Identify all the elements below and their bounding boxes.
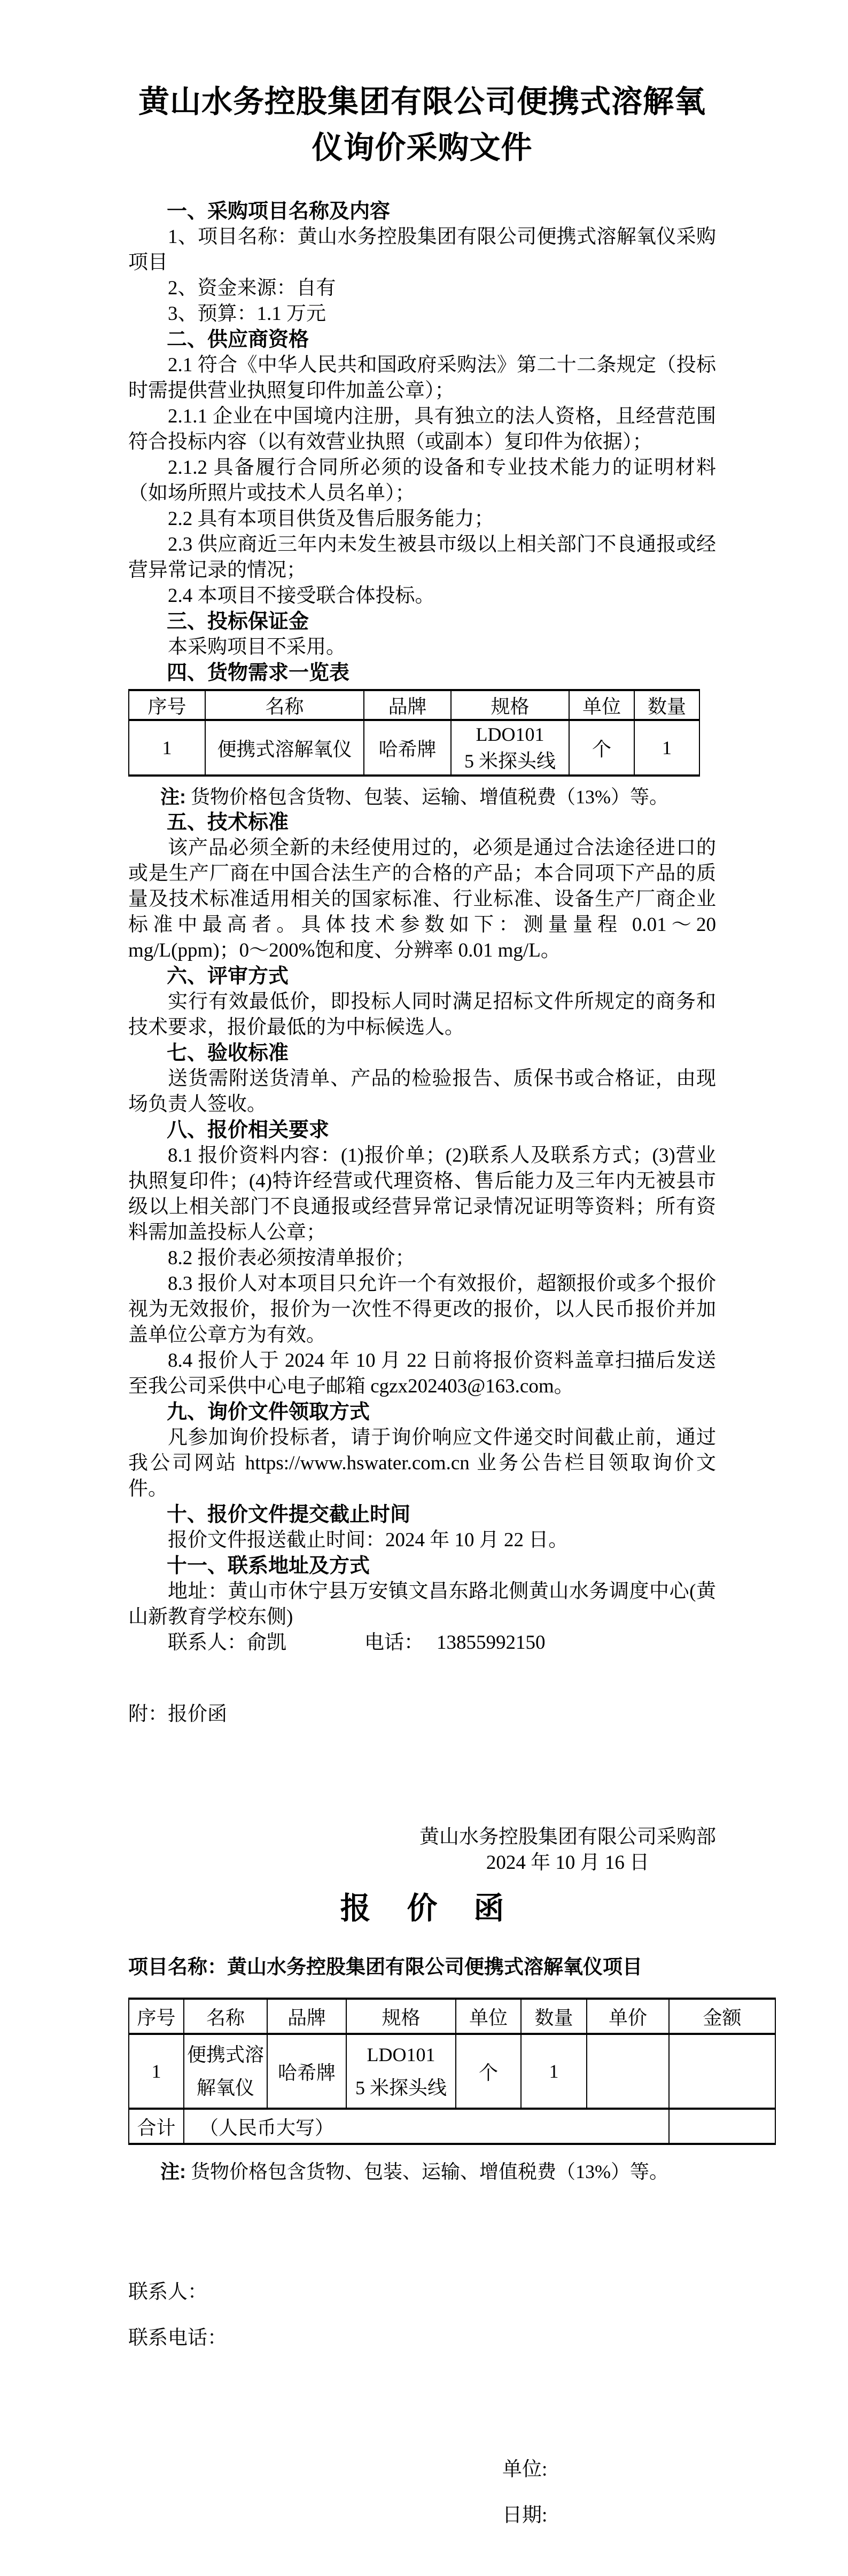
quote-cell-spec: LDO101 5 米探头线: [346, 2034, 456, 2109]
goods-table-header-row: 序号 名称 品牌 规格 单位 数量: [129, 690, 699, 720]
contact-phone-label: 电话：: [364, 1632, 424, 1654]
quote-cell-unit-price: [587, 2034, 669, 2109]
document-title: 黄山水务控股集团有限公司便携式溶解氧 仪询价采购文件: [128, 79, 716, 171]
quote-cell-amount: [669, 2034, 775, 2109]
section-heading-supplier-qualification: 二、供应商资格: [128, 327, 716, 353]
paragraph-quotation-8-2: 8.2 报价表必须按清单报价；: [128, 1246, 716, 1271]
paragraph-review-method: 实行有效最低价，即投标人同时满足招标文件所规定的商务和技术要求，报价最低的为中标…: [128, 989, 716, 1040]
quote-table-header-no: 序号: [129, 1999, 184, 2034]
signature-block: 黄山水务控股集团有限公司采购部 2024 年 10 月 16 日: [128, 1825, 716, 1876]
quote-cell-spec-cable: 5 米探头线: [348, 2071, 454, 2104]
paragraph-budget: 3、预算：1.1 万元: [128, 301, 716, 327]
goods-cell-spec-cable: 5 米探头线: [453, 748, 567, 774]
quote-table-header-amount: 金额: [669, 1999, 775, 2034]
section-heading-technical-standard: 五、技术标准: [128, 810, 716, 835]
quote-total-amount: [669, 2109, 775, 2144]
quote-project-name-line: 项目名称：黄山水务控股集团有限公司便携式溶解氧仪项目: [128, 1955, 716, 1980]
quote-table-header-brand: 品牌: [267, 1999, 346, 2034]
signature-date: 2024 年 10 月 16 日: [419, 1850, 716, 1876]
quote-table-total-row: 合计 （人民币大写）: [129, 2109, 775, 2144]
note-label: 注:: [160, 786, 186, 808]
quote-table-header-spec: 规格: [346, 1999, 456, 2034]
section-heading-document-collection: 九、询价文件领取方式: [128, 1399, 716, 1425]
section-heading-submission-deadline: 十、报价文件提交截止时间: [128, 1502, 716, 1528]
goods-demand-table: 序号 名称 品牌 规格 单位 数量 1 便携式溶解氧仪 哈希牌 LDO101 5…: [128, 689, 700, 777]
goods-table-header-unit: 单位: [569, 690, 634, 720]
paragraph-qualification-2-1-2: 2.1.2 具备履行合同所必须的设备和专业技术能力的证明材料（如场所照片或技术人…: [128, 455, 716, 506]
paragraph-contact-person: 联系人：俞凯电话：13855992150: [128, 1630, 716, 1656]
paragraph-qualification-2-4: 2.4 本项目不接受联合体投标。: [128, 583, 716, 609]
quote-contact-person-label: 联系人：: [128, 2280, 716, 2305]
quote-sign-area: 单位: 日期:: [502, 2457, 716, 2528]
document-title-line2: 仪询价采购文件: [128, 125, 716, 171]
quote-table-header-name: 名称: [184, 1999, 267, 2034]
section-heading-contact-info: 十一、联系地址及方式: [128, 1553, 716, 1579]
paragraph-qualification-2-1-1: 2.1.1 企业在中国境内注册，具有独立的法人资格，且经营范围符合投标内容（以有…: [128, 404, 716, 455]
quote-total-label: 合计: [129, 2109, 184, 2144]
quote-table-row: 1 便携式溶解氧仪 哈希牌 LDO101 5 米探头线 个 1: [129, 2034, 775, 2109]
document-content: 黄山水务控股集团有限公司便携式溶解氧 仪询价采购文件 一、采购项目名称及内容 1…: [128, 79, 716, 2528]
goods-table-row: 1 便携式溶解氧仪 哈希牌 LDO101 5 米探头线 个 1: [129, 720, 699, 776]
quote-table-note: 注: 货物价格包含货物、包装、运输、增值税费（13%）等。: [128, 2159, 716, 2184]
quote-unit-label: 单位:: [502, 2457, 716, 2483]
attachment-line: 附：报价函: [128, 1702, 716, 1727]
quote-note-text: 货物价格包含货物、包装、运输、增值税费（13%）等。: [191, 2161, 668, 2182]
goods-cell-spec: LDO101 5 米探头线: [451, 720, 569, 776]
signature-company: 黄山水务控股集团有限公司采购部: [419, 1825, 716, 1850]
section-heading-review-method: 六、评审方式: [128, 964, 716, 989]
signature-inner: 黄山水务控股集团有限公司采购部 2024 年 10 月 16 日: [419, 1825, 716, 1876]
goods-cell-spec-model: LDO101: [453, 721, 567, 748]
goods-table-header-name: 名称: [205, 690, 364, 720]
quote-table: 序号 名称 品牌 规格 单位 数量 单价 金额 1 便携式溶解氧仪 哈希牌 LD…: [128, 1998, 776, 2145]
paragraph-document-collection: 凡参加询价投标者，请于询价响应文件递交时间截止前，通过我公司网站 https:/…: [128, 1425, 716, 1502]
goods-cell-no: 1: [129, 720, 205, 776]
goods-cell-name: 便携式溶解氧仪: [205, 720, 364, 776]
quote-date-label: 日期:: [502, 2503, 716, 2528]
paragraph-project-name: 1、项目名称：黄山水务控股集团有限公司便携式溶解氧仪采购项目: [128, 224, 716, 276]
quote-table-header-qty: 数量: [521, 1999, 587, 2034]
paragraph-qualification-2-2: 2.2 具有本项目供货及售后服务能力；: [128, 506, 716, 532]
document-title-line1: 黄山水务控股集团有限公司便携式溶解氧: [128, 79, 716, 125]
goods-cell-brand: 哈希牌: [364, 720, 451, 776]
paragraph-quotation-8-4: 8.4 报价人于 2024 年 10 月 22 日前将报价资料盖章扫描后发送至我…: [128, 1348, 716, 1399]
paragraph-quotation-8-1: 8.1 报价资料内容：(1)报价单；(2)联系人及联系方式；(3)营业执照复印件…: [128, 1143, 716, 1246]
quote-total-text: （人民币大写）: [184, 2109, 669, 2144]
paragraph-technical-standard: 该产品必须全新的未经使用过的，必须是通过合法途径进口的或是生产厂商在中国合法生产…: [128, 835, 716, 964]
section-heading-quotation-requirements: 八、报价相关要求: [128, 1117, 716, 1143]
section-heading-acceptance-standard: 七、验收标准: [128, 1040, 716, 1066]
goods-cell-unit: 个: [569, 720, 634, 776]
contact-person-name: 联系人：俞凯: [168, 1632, 286, 1654]
goods-table-header-qty: 数量: [634, 690, 699, 720]
quote-letter-title: 报 价 函: [128, 1884, 716, 1932]
goods-table-note: 注: 货物价格包含货物、包装、运输、增值税费（13%）等。: [128, 784, 716, 810]
quote-cell-spec-model: LDO101: [348, 2038, 454, 2071]
paragraph-submission-deadline: 报价文件报送截止时间：2024 年 10 月 22 日。: [128, 1528, 716, 1553]
quote-cell-brand: 哈希牌: [267, 2034, 346, 2109]
quote-table-header-row: 序号 名称 品牌 规格 单位 数量 单价 金额: [129, 1999, 775, 2034]
contact-phone-number: 13855992150: [437, 1632, 546, 1654]
section-heading-bid-deposit: 三、投标保证金: [128, 609, 716, 635]
paragraph-quotation-8-3: 8.3 报价人对本项目只允许一个有效报价，超额报价或多个报价视为无效报价，报价为…: [128, 1271, 716, 1348]
paragraph-fund-source: 2、资金来源：自有: [128, 276, 716, 301]
quote-table-header-unit-price: 单价: [587, 1999, 669, 2034]
section-heading-procurement-content: 一、采购项目名称及内容: [128, 199, 716, 224]
paragraph-address: 地址：黄山市休宁县万安镇文昌东路北侧黄山水务调度中心(黄山新教育学校东侧): [128, 1579, 716, 1630]
paragraph-deposit-not-used: 本采购项目不采用。: [128, 635, 716, 660]
section-heading-goods-list: 四、货物需求一览表: [128, 660, 716, 686]
note-text: 货物价格包含货物、包装、运输、增值税费（13%）等。: [191, 786, 668, 808]
goods-table-header-no: 序号: [129, 690, 205, 720]
goods-table-header-spec: 规格: [451, 690, 569, 720]
goods-cell-qty: 1: [634, 720, 699, 776]
quote-contact-phone-label: 联系电话：: [128, 2326, 716, 2351]
quote-table-header-unit: 单位: [456, 1999, 521, 2034]
goods-table-header-brand: 品牌: [364, 690, 451, 720]
paragraph-qualification-2-3: 2.3 供应商近三年内未发生被县市级以上相关部门不良通报或经营异常记录的情况；: [128, 532, 716, 583]
document-page: 黄山水务控股集团有限公司便携式溶解氧 仪询价采购文件 一、采购项目名称及内容 1…: [0, 0, 848, 2576]
quote-cell-unit: 个: [456, 2034, 521, 2109]
quote-cell-no: 1: [129, 2034, 184, 2109]
paragraph-qualification-2-1: 2.1 符合《中华人民共和国政府采购法》第二十二条规定（投标时需提供营业执照复印…: [128, 353, 716, 404]
quote-cell-qty: 1: [521, 2034, 587, 2109]
paragraph-acceptance-standard: 送货需附送货清单、产品的检验报告、质保书或合格证，由现场负责人签收。: [128, 1066, 716, 1117]
quote-cell-name: 便携式溶解氧仪: [184, 2034, 267, 2109]
quote-note-label: 注:: [160, 2160, 186, 2182]
